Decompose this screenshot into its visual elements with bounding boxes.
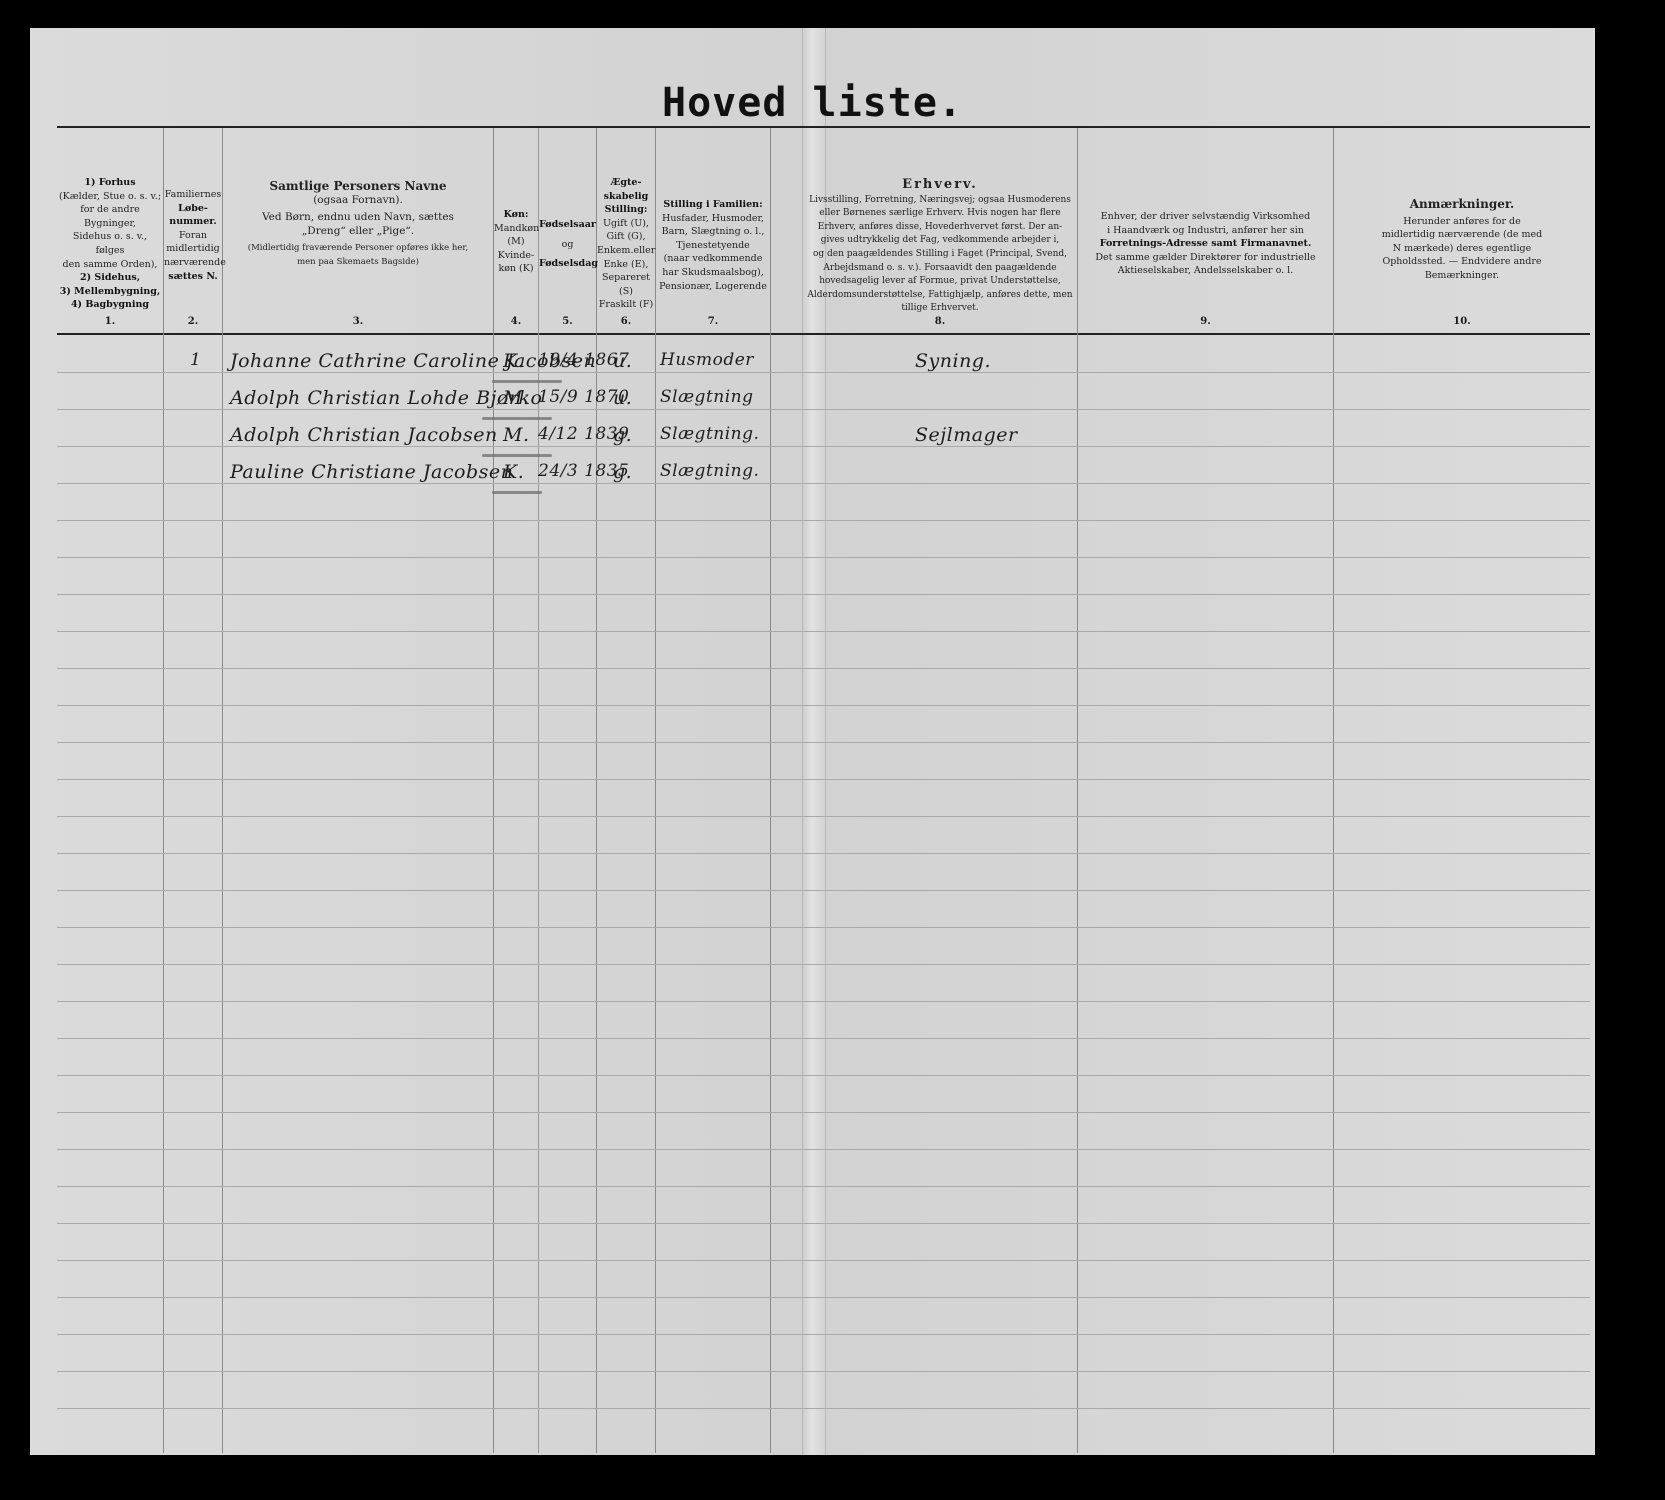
header-col-2: Familiernes Løbe- nummer. Foran midlerti… [164, 188, 222, 283]
col-number: 10. [1334, 316, 1590, 327]
underline-mark [492, 491, 542, 494]
entry-sex: M. [503, 424, 530, 446]
entry-marital: u. [613, 350, 632, 372]
header-col-7: Stilling i Familien: Husfader, Husmoder,… [656, 198, 770, 293]
underline-mark [492, 380, 562, 383]
row-line [57, 594, 1590, 595]
row-line [57, 557, 1590, 558]
underline-mark [482, 417, 552, 420]
row-line [57, 1186, 1590, 1187]
entry-marital: g. [613, 461, 632, 483]
row-line [57, 1038, 1590, 1039]
entry-family-position: Slægtning. [660, 461, 759, 481]
header-col-8: Erhverv. Livsstilling, Forretning, Nærin… [806, 178, 1074, 316]
row-line [57, 1075, 1590, 1076]
row-line [57, 1334, 1590, 1335]
col-number: 3. [223, 316, 493, 327]
entry-occupation: Sejlmager [915, 424, 1018, 446]
entry-marital: u. [613, 387, 632, 409]
entry-name: Adolph Christian Jacobsen [230, 424, 498, 446]
col-number: 6. [597, 316, 655, 327]
header-col-3: Samtlige Personers Navne (ogsaa Fornavn)… [223, 180, 493, 270]
col-number: 2. [164, 316, 222, 327]
header-rule [57, 333, 1590, 335]
row-line [57, 1297, 1590, 1298]
col-divider [770, 128, 771, 1453]
row-line [57, 1260, 1590, 1261]
entry-sex: K. [503, 461, 524, 483]
entry-occupation: Syning. [915, 350, 991, 372]
header-col-5: Fødselsaar og Fødselsdag [539, 218, 596, 271]
entry-sex: K. [503, 350, 524, 372]
row-line [57, 1112, 1590, 1113]
row-line [57, 1371, 1590, 1372]
header-col-1: 1) Forhus (Kælder, Stue o. s. v.; for de… [57, 176, 163, 312]
row-line [57, 409, 1590, 410]
header-col-10: Anmærkninger. Herunder anføres for de mi… [1334, 198, 1590, 283]
row-line [57, 446, 1590, 447]
row-line [57, 1408, 1590, 1409]
row-line [57, 964, 1590, 965]
row-line [57, 1149, 1590, 1150]
title-rule [57, 126, 1590, 128]
row-line [57, 705, 1590, 706]
header-col-9: Enhver, der driver selvstændig Virksomhe… [1078, 210, 1333, 278]
col-number: 9. [1078, 316, 1333, 327]
row-line [57, 372, 1590, 373]
col-number: 7. [656, 316, 770, 327]
row-line [57, 927, 1590, 928]
entry-family-position: Slægtning. [660, 424, 759, 444]
census-page: Hoved liste. 1) Forhus (Kælder, Stue o. … [30, 28, 1595, 1455]
header-col-6: Ægte- skabelig Stilling: Ugift (U), Gift… [597, 176, 655, 312]
row-line [57, 853, 1590, 854]
entry-name: Pauline Christiane Jacobsen [230, 461, 513, 483]
entry-name: Adolph Christian Lohde Bjørko [230, 387, 542, 409]
row-line [57, 816, 1590, 817]
col-number: 5. [539, 316, 596, 327]
row-line [57, 631, 1590, 632]
row-line [57, 483, 1590, 484]
entry-sex: M. [503, 387, 530, 409]
row-line [57, 1223, 1590, 1224]
entry-family-no: 1 [190, 350, 201, 370]
row-line [57, 1001, 1590, 1002]
page-title: Hoved liste. [30, 80, 1595, 126]
col-number: 4. [494, 316, 538, 327]
row-line [57, 742, 1590, 743]
col-number: 1. [57, 316, 163, 327]
row-line [57, 890, 1590, 891]
entry-family-position: Husmoder [660, 350, 754, 370]
row-line [57, 779, 1590, 780]
row-line [57, 520, 1590, 521]
underline-mark [482, 454, 552, 457]
row-line [57, 668, 1590, 669]
entry-family-position: Slægtning [660, 387, 754, 407]
col-number: 8. [806, 316, 1074, 327]
entry-marital: g. [613, 424, 632, 446]
header-col-4: Køn: Mandkøn (M) Kvinde- køn (K) [494, 208, 538, 276]
